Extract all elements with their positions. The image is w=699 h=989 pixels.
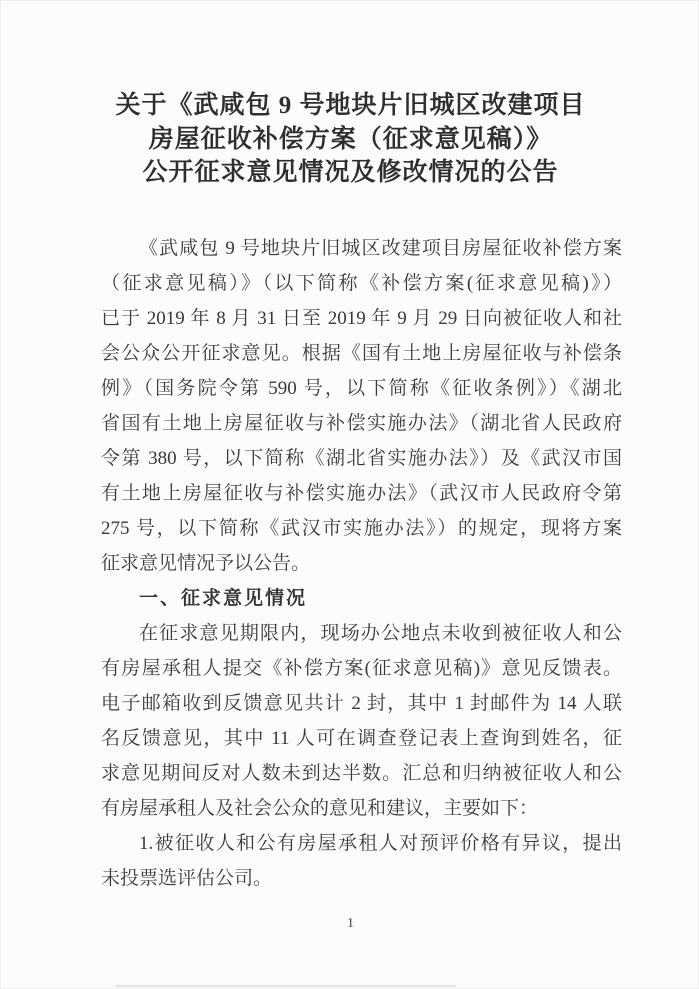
page-number: 1 (347, 916, 354, 931)
text-line: 有房屋承租人提交《补偿方案(征求意见稿)》意见反馈表。 (101, 651, 622, 686)
text-line: 电子邮箱收到反馈意见共计 2 封，其中 1 封邮件为 14 人联 (101, 686, 622, 721)
document-body: 《武咸包 9 号地块片旧城区改建项目房屋征收补偿方案（征求意见稿）》（以下简称《… (101, 231, 622, 896)
paragraph: 在征求意见期限内，现场办公地点未收到被征收人和公有房屋承租人提交《补偿方案(征求… (101, 616, 622, 826)
text-line: 275 号，以下简称《武汉市实施办法》）的规定，现将方案 (101, 511, 622, 546)
text-line: 例》（国务院令第 590 号，以下简称《征收条例》）《湖北 (101, 371, 622, 406)
page-footer: 1 (1, 914, 699, 934)
text-line: 1.被征收人和公有房屋承租人对预评价格有异议，提出 (101, 826, 622, 861)
text-line: 未投票选评估公司。 (101, 861, 622, 896)
text-line: 求意见期间反对人数未到达半数。汇总和归纳被征收人和公 (101, 756, 622, 791)
title-line-3: 公开征求意见情况及修改情况的公告 (1, 156, 699, 190)
text-line: 有房屋承租人及社会公众的意见和建议，主要如下： (101, 791, 622, 826)
text-line: 令第 380 号，以下简称《湖北省实施办法》）及《武汉市国 (101, 441, 622, 476)
scan-artifact-line (116, 985, 456, 987)
text-line: 会公众公开征求意见。根据《国有土地上房屋征收与补偿条 (101, 336, 622, 371)
title-line-1: 关于《武咸包 9 号地块片旧城区改建项目 (1, 89, 699, 123)
text-line: （征求意见稿）》（以下简称《补偿方案(征求意见稿)》） (101, 266, 622, 301)
paragraph: 《武咸包 9 号地块片旧城区改建项目房屋征收补偿方案（征求意见稿）》（以下简称《… (101, 231, 622, 581)
text-line: 《武咸包 9 号地块片旧城区改建项目房屋征收补偿方案 (101, 231, 622, 266)
section-heading: 一、征求意见情况 (101, 581, 622, 616)
text-line: 名反馈意见，其中 11 人可在调查登记表上查询到姓名，征 (101, 721, 622, 756)
text-line: 省国有土地上房屋征收与补偿实施办法》（湖北省人民政府 (101, 406, 622, 441)
text-line: 有土地上房屋征收与补偿实施办法》（武汉市人民政府令第 (101, 476, 622, 511)
text-line: 在征求意见期限内，现场办公地点未收到被征收人和公 (101, 616, 622, 651)
title-line-2: 房屋征收补偿方案（征求意见稿）》 (1, 123, 699, 157)
text-line: 征求意见情况予以公告。 (101, 546, 622, 581)
document-title: 关于《武咸包 9 号地块片旧城区改建项目房屋征收补偿方案（征求意见稿）》公开征求… (1, 89, 699, 190)
document-page: 关于《武咸包 9 号地块片旧城区改建项目房屋征收补偿方案（征求意见稿）》公开征求… (0, 0, 699, 989)
paragraph: 1.被征收人和公有房屋承租人对预评价格有异议，提出未投票选评估公司。 (101, 826, 622, 896)
text-line: 已于 2019 年 8 月 31 日至 2019 年 9 月 29 日向被征收人… (101, 301, 622, 336)
